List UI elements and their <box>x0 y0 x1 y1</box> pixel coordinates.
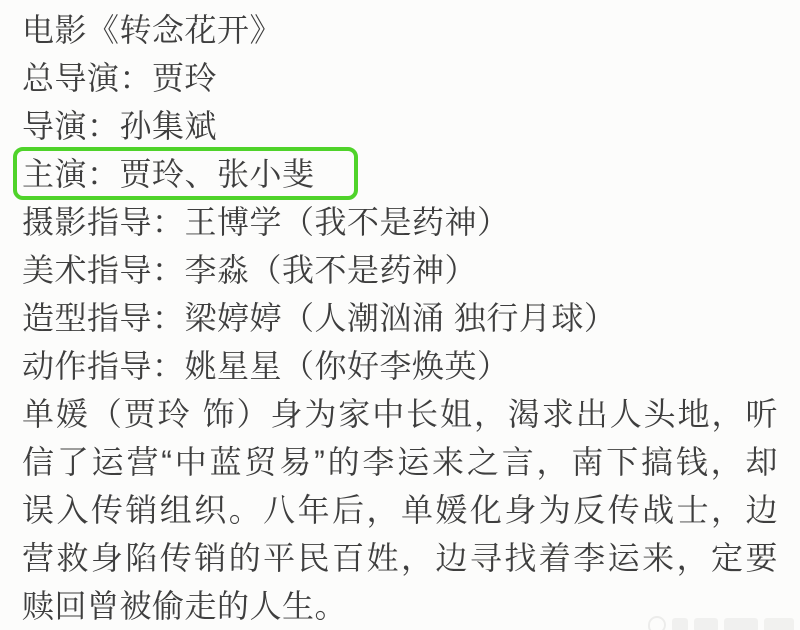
cinematography-line: 摄影指导：王博学（我不是药神） <box>22 198 778 246</box>
synopsis-line-3: 误入传销组织。八年后，单媛化身为反传战士，边 <box>22 486 778 534</box>
art-direction-line: 美术指导：李淼（我不是药神） <box>22 246 778 294</box>
synopsis-line-2: 信了运营“中蓝贸易”的李运来之言，南下搞钱，却 <box>22 438 778 486</box>
watermark-glyph <box>672 618 688 630</box>
director-line: 导演：孙集斌 <box>22 102 778 150</box>
weibo-watermark <box>648 612 800 630</box>
movie-title: 电影《转念花开》 <box>22 6 778 54</box>
weibo-icon <box>648 616 666 630</box>
action-direction-line: 动作指导：姚星星（你好李焕英） <box>22 342 778 390</box>
starring-line: 主演：贾玲、张小斐 <box>22 150 778 198</box>
watermark-glyph <box>764 618 794 630</box>
synopsis-line-1: 单媛（贾玲 饰）身为家中长姐，渴求出人头地，听 <box>22 390 778 438</box>
watermark-glyph <box>724 618 758 630</box>
post-image: 电影《转念花开》 总导演：贾玲 导演：孙集斌 主演：贾玲、张小斐 摄影指导：王博… <box>0 0 800 630</box>
synopsis-line-4: 营救身陷传销的平民百姓，边寻找着李运来，定要 <box>22 534 778 582</box>
watermark-glyph <box>694 618 718 630</box>
styling-line: 造型指导：梁婷婷（人潮汹涌 独行月球） <box>22 294 778 342</box>
chief-director-line: 总导演：贾玲 <box>22 54 778 102</box>
text-content: 电影《转念花开》 总导演：贾玲 导演：孙集斌 主演：贾玲、张小斐 摄影指导：王博… <box>22 6 778 630</box>
